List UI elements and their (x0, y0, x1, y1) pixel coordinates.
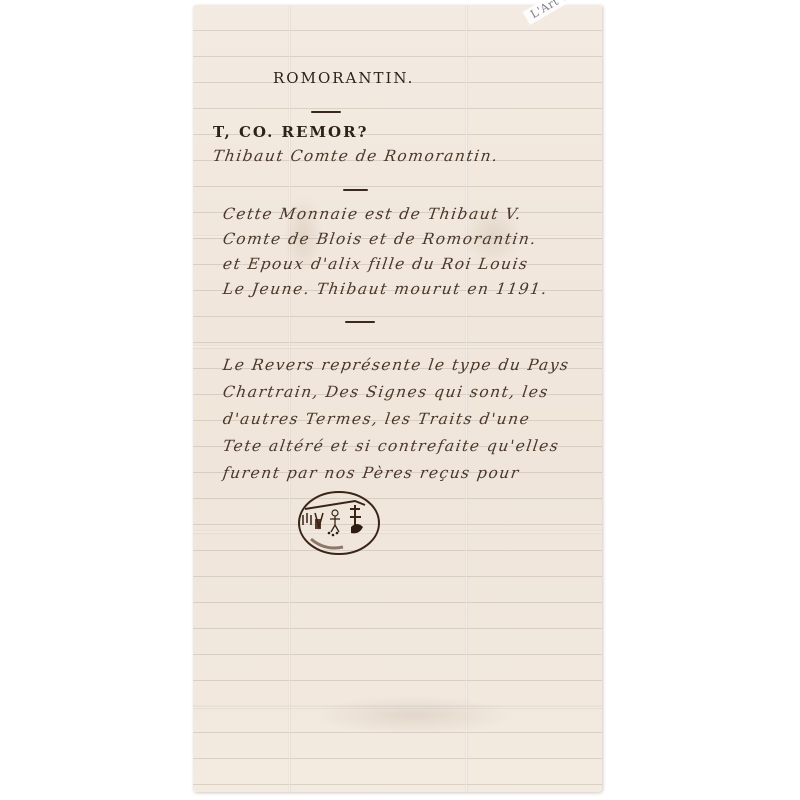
paragraph-line: Le Jeune. Thibaut mourut en 1191. (222, 280, 549, 298)
paragraph-line: furent par nos Pères reçus pour (222, 464, 521, 482)
coin-legend: T, CO. REMOR? (213, 123, 368, 141)
paragraph-line: et Epoux d'alix fille du Roi Louis (222, 255, 530, 273)
document-heading: ROMORANTIN. (273, 69, 414, 87)
manuscript-page: ROMORANTIN. T, CO. REMOR? Thibaut Comte … (193, 5, 602, 792)
fold-line (193, 530, 602, 534)
coin-drawing-icon (295, 487, 383, 559)
legend-translation: Thibaut Comte de Romorantin. (212, 147, 500, 165)
paragraph-line: Cette Monnaie est de Thibaut V. (222, 205, 523, 223)
crease (313, 695, 513, 735)
paragraph-line: d'autres Termes, les Traits d'une (222, 410, 532, 428)
divider (343, 189, 368, 191)
divider (311, 111, 341, 113)
paragraph-line: Tete altéré et si contrefaite qu'elles (222, 437, 561, 455)
paragraph-line: Le Revers représente le type du Pays (222, 356, 571, 374)
paragraph-line: Comte de Blois et de Romorantin. (222, 230, 538, 248)
divider (345, 321, 375, 323)
fold-line (193, 345, 602, 349)
paragraph-line: Chartrain, Des Signes qui sont, les (222, 383, 550, 401)
